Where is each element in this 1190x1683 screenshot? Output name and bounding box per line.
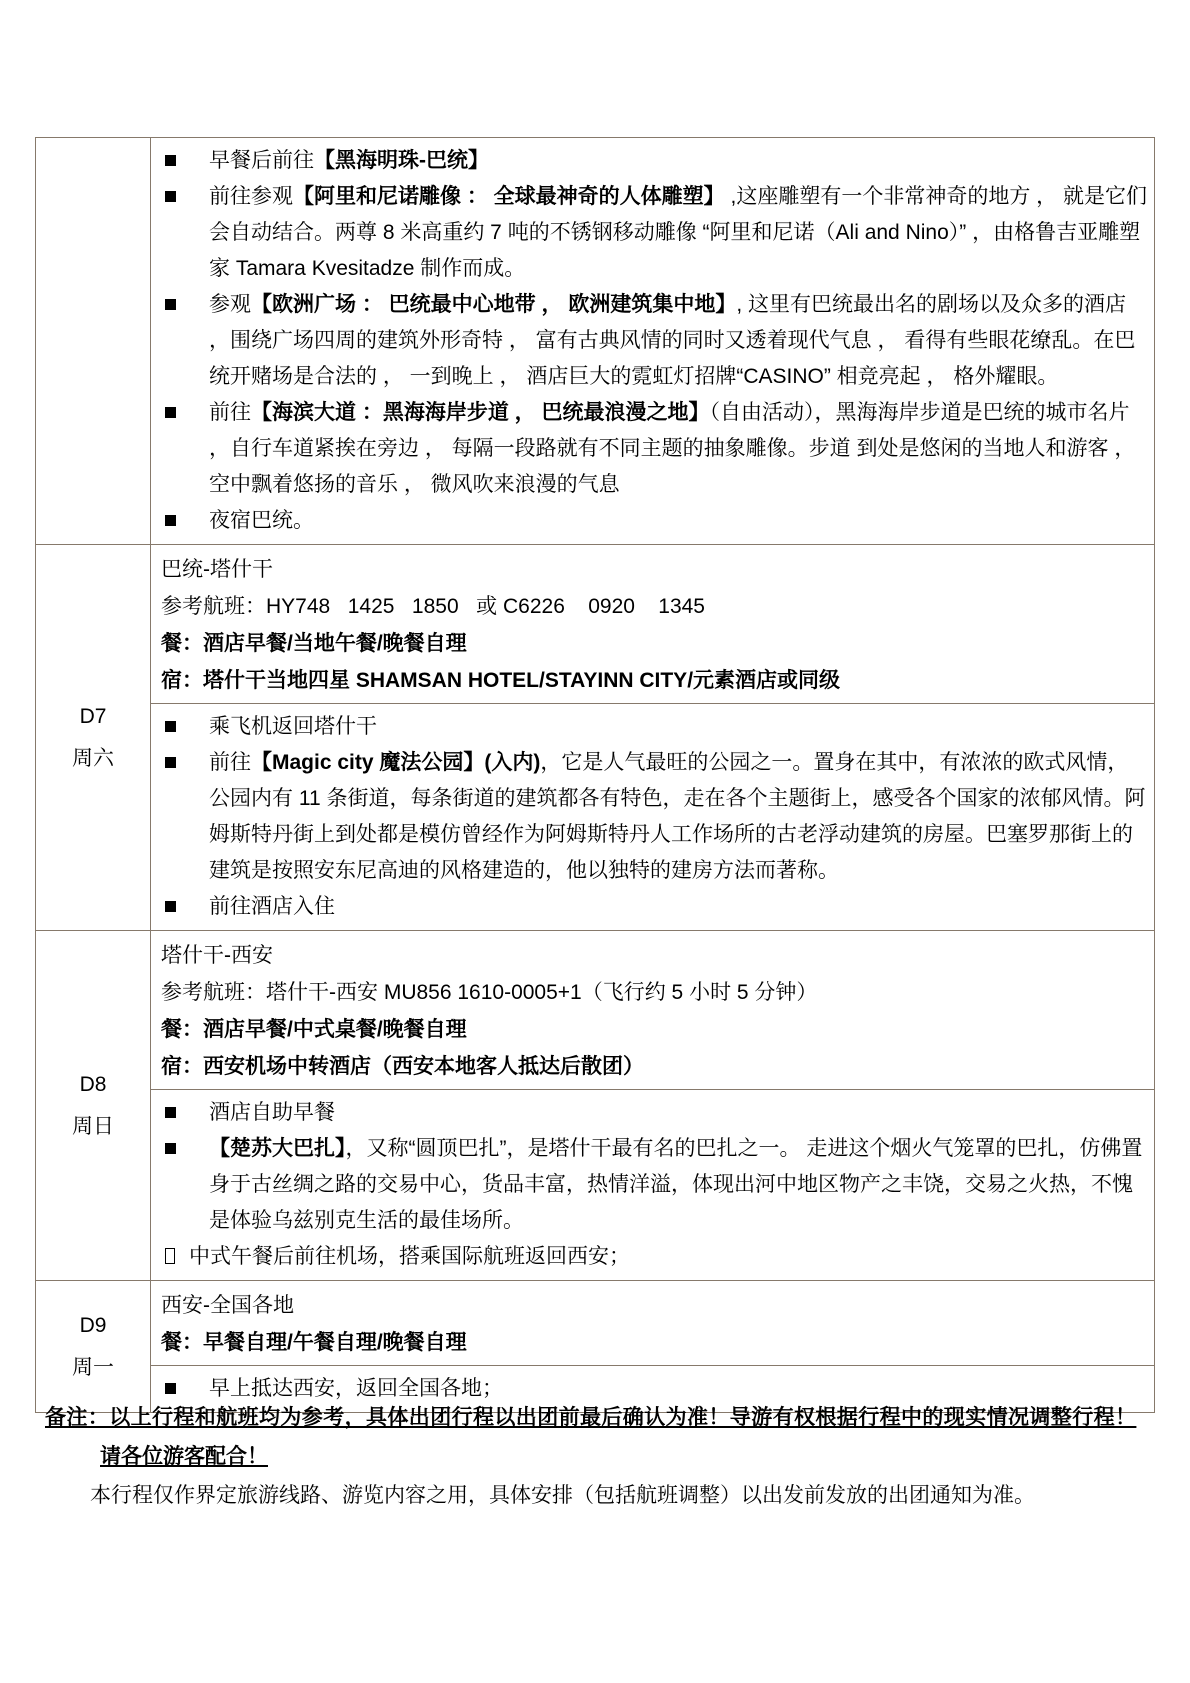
day-content-cell: 西安-全国各地餐：早餐自理/午餐自理/晚餐自理早上抵达西安，返回全国各地； xyxy=(151,1281,1155,1413)
itinerary-table-body: 早餐后前往【黑海明珠-巴统】前往参观【阿里和尼诺雕像 ： 全球最神奇的人体雕塑】… xyxy=(36,138,1155,1413)
day-cell: D7周六 xyxy=(36,545,151,931)
weekday-label: 周六 xyxy=(36,738,150,780)
info-line: 餐：早餐自理/午餐自理/晚餐自理 xyxy=(161,1324,1146,1361)
info-line: 餐：酒店早餐/中式桌餐/晚餐自理 xyxy=(161,1011,1146,1048)
square-bullet-icon xyxy=(165,757,176,768)
activities-block: 乘飞机返回塔什干前往【Magic city 魔法公园】(入内)，它是人气最旺的公… xyxy=(151,704,1154,930)
day-label: D9 xyxy=(36,1305,150,1347)
activity-text: 前往【Magic city 魔法公园】(入内)，它是人气最旺的公园之一。置身在其… xyxy=(209,751,1145,882)
info-line: 参考航班：HY748 1425 1850 或 C6226 0920 1345 xyxy=(161,588,1146,625)
day-label: D8 xyxy=(36,1064,150,1106)
info-line: 巴统-塔什干 xyxy=(161,551,1146,588)
activity-line: 中式午餐后前往机场，搭乘国际航班返回西安； xyxy=(151,1239,1148,1275)
remark-note: 备注：以上行程和航班均为参考，具体出团行程以出团前最后确认为准！导游有权根据行程… xyxy=(45,1402,1162,1433)
activity-line: 参观【欧洲广场 ： 巴统最中心地带 ， 欧洲建筑集中地】, 这里有巴统最出名的剧… xyxy=(151,287,1148,395)
info-line: 西安-全国各地 xyxy=(161,1287,1146,1324)
itinerary-page: 早餐后前往【黑海明珠-巴统】前往参观【阿里和尼诺雕像 ： 全球最神奇的人体雕塑】… xyxy=(0,0,1190,1683)
activity-line: 乘飞机返回塔什干 xyxy=(151,709,1148,745)
activity-text: 【楚苏大巴扎】，又称“圆顶巴扎”，是塔什干最有名的巴扎之一。 走进这个烟火气笼罩… xyxy=(209,1137,1142,1232)
square-bullet-icon xyxy=(165,1143,176,1154)
activity-text-bold-segment: 【阿里和尼诺雕像 ： 全球最神奇的人体雕塑】 xyxy=(293,185,725,208)
day-content-cell: 巴统-塔什干参考航班：HY748 1425 1850 或 C6226 0920 … xyxy=(151,545,1155,931)
info-line: 宿：西安机场中转酒店（西安本地客人抵达后散团） xyxy=(161,1048,1146,1085)
activity-text-bold-segment: 【海滨大道 ：黑海海岸步道 ， 巴统最浪漫之地】 xyxy=(251,401,710,424)
info-line: 餐：酒店早餐/当地午餐/晚餐自理 xyxy=(161,625,1146,662)
square-bullet-icon xyxy=(165,1107,176,1118)
activity-text-bold-segment: 【Magic city 魔法公园】(入内) xyxy=(251,751,540,774)
itinerary-row: 早餐后前往【黑海明珠-巴统】前往参观【阿里和尼诺雕像 ： 全球最神奇的人体雕塑】… xyxy=(36,138,1155,545)
day-cell: D8周日 xyxy=(36,931,151,1281)
activity-text-segment: 夜宿巴统。 xyxy=(209,509,314,532)
hollow-square-bullet-icon xyxy=(165,1248,175,1264)
cooperate-note-wrap: 请各位游客配合！ xyxy=(100,1441,1190,1472)
activity-text: 酒店自助早餐 xyxy=(209,1101,335,1124)
activity-text-segment: 前往 xyxy=(209,401,251,424)
activity-text-segment: 乘飞机返回塔什干 xyxy=(209,715,377,738)
activity-line: 前往【Magic city 魔法公园】(入内)，它是人气最旺的公园之一。置身在其… xyxy=(151,745,1148,889)
square-bullet-icon xyxy=(165,407,176,418)
activity-text: 乘飞机返回塔什干 xyxy=(209,715,377,738)
square-bullet-icon xyxy=(165,191,176,202)
info-line: 参考航班：塔什干-西安 MU856 1610-0005+1（飞行约 5 小时 5… xyxy=(161,974,1146,1011)
itinerary-row: D8周日塔什干-西安参考航班：塔什干-西安 MU856 1610-0005+1（… xyxy=(36,931,1155,1281)
square-bullet-icon xyxy=(165,155,176,166)
activity-text-segment: 前往 xyxy=(209,751,251,774)
footer-notes: 备注：以上行程和航班均为参考，具体出团行程以出团前最后确认为准！导游有权根据行程… xyxy=(0,1402,1190,1511)
activity-line: 早餐后前往【黑海明珠-巴统】 xyxy=(151,143,1148,179)
itinerary-row: D7周六巴统-塔什干参考航班：HY748 1425 1850 或 C6226 0… xyxy=(36,545,1155,931)
activity-text-segment: 中式午餐后前往机场，搭乘国际航班返回西安； xyxy=(189,1245,630,1268)
square-bullet-icon xyxy=(165,721,176,732)
day-info-block: 巴统-塔什干参考航班：HY748 1425 1850 或 C6226 0920 … xyxy=(151,545,1154,704)
day-label: D7 xyxy=(36,696,150,738)
activity-text-bold-segment: 【楚苏大巴扎】 xyxy=(209,1137,346,1160)
activity-text: 前往【海滨大道 ：黑海海岸步道 ， 巴统最浪漫之地】（自由活动），黑海海岸步道是… xyxy=(209,401,1135,496)
activity-line: 前往参观【阿里和尼诺雕像 ： 全球最神奇的人体雕塑】 ,这座雕塑有一个非常神奇的… xyxy=(151,179,1148,287)
activity-text: 前往参观【阿里和尼诺雕像 ： 全球最神奇的人体雕塑】 ,这座雕塑有一个非常神奇的… xyxy=(209,185,1147,280)
disclaimer-note: 本行程仅作界定旅游线路、游览内容之用，具体安排（包括航班调整）以出发前发放的出团… xyxy=(90,1480,1150,1511)
activity-text-segment: ，又称“圆顶巴扎”，是塔什干最有名的巴扎之一。 走进这个烟火气笼罩的巴扎，仿佛置… xyxy=(209,1137,1142,1232)
itinerary-table: 早餐后前往【黑海明珠-巴统】前往参观【阿里和尼诺雕像 ： 全球最神奇的人体雕塑】… xyxy=(35,137,1155,1413)
activity-line: 夜宿巴统。 xyxy=(151,503,1148,539)
square-bullet-icon xyxy=(165,1383,176,1394)
activity-text: 参观【欧洲广场 ： 巴统最中心地带 ， 欧洲建筑集中地】, 这里有巴统最出名的剧… xyxy=(209,293,1135,388)
day-info-block: 塔什干-西安参考航班：塔什干-西安 MU856 1610-0005+1（飞行约 … xyxy=(151,931,1154,1090)
activity-text: 中式午餐后前往机场，搭乘国际航班返回西安； xyxy=(189,1245,630,1268)
info-line: 宿：塔什干当地四星 SHAMSAN HOTEL/STAYINN CITY/元素酒… xyxy=(161,662,1146,699)
activity-text-segment: 早上抵达西安，返回全国各地； xyxy=(209,1377,503,1400)
activity-text: 早上抵达西安，返回全国各地； xyxy=(209,1377,503,1400)
activity-text: 夜宿巴统。 xyxy=(209,509,314,532)
activity-line: 前往【海滨大道 ：黑海海岸步道 ， 巴统最浪漫之地】（自由活动），黑海海岸步道是… xyxy=(151,395,1148,503)
weekday-label: 周一 xyxy=(36,1347,150,1389)
day-cell xyxy=(36,138,151,545)
activity-text-segment: 前往参观 xyxy=(209,185,293,208)
day-content-cell: 塔什干-西安参考航班：塔什干-西安 MU856 1610-0005+1（飞行约 … xyxy=(151,931,1155,1281)
day-cell: D9周一 xyxy=(36,1281,151,1413)
activity-text-segment: 早餐后前往 xyxy=(209,149,314,172)
activity-line: 酒店自助早餐 xyxy=(151,1095,1148,1131)
activities-block: 酒店自助早餐【楚苏大巴扎】，又称“圆顶巴扎”，是塔什干最有名的巴扎之一。 走进这… xyxy=(151,1090,1154,1280)
weekday-label: 周日 xyxy=(36,1106,150,1148)
square-bullet-icon xyxy=(165,901,176,912)
activity-text: 早餐后前往【黑海明珠-巴统】 xyxy=(209,149,489,172)
day-info-block: 西安-全国各地餐：早餐自理/午餐自理/晚餐自理 xyxy=(151,1281,1154,1366)
activity-line: 【楚苏大巴扎】，又称“圆顶巴扎”，是塔什干最有名的巴扎之一。 走进这个烟火气笼罩… xyxy=(151,1131,1148,1239)
activity-text-segment: 参观 xyxy=(209,293,251,316)
activities-block: 早餐后前往【黑海明珠-巴统】前往参观【阿里和尼诺雕像 ： 全球最神奇的人体雕塑】… xyxy=(151,138,1154,544)
activity-text: 前往酒店入住 xyxy=(209,895,335,918)
itinerary-row: D9周一西安-全国各地餐：早餐自理/午餐自理/晚餐自理早上抵达西安，返回全国各地… xyxy=(36,1281,1155,1413)
cooperate-note: 请各位游客配合！ xyxy=(100,1445,268,1468)
activity-text-segment: 酒店自助早餐 xyxy=(209,1101,335,1124)
activity-text-bold-segment: 【欧洲广场 ： 巴统最中心地带 ， 欧洲建筑集中地】 xyxy=(251,293,736,316)
activity-text-segment: 前往酒店入住 xyxy=(209,895,335,918)
square-bullet-icon xyxy=(165,515,176,526)
activity-text-bold-segment: 【黑海明珠-巴统】 xyxy=(314,149,489,172)
info-line: 塔什干-西安 xyxy=(161,937,1146,974)
square-bullet-icon xyxy=(165,299,176,310)
day-content-cell: 早餐后前往【黑海明珠-巴统】前往参观【阿里和尼诺雕像 ： 全球最神奇的人体雕塑】… xyxy=(151,138,1155,545)
activity-line: 前往酒店入住 xyxy=(151,889,1148,925)
